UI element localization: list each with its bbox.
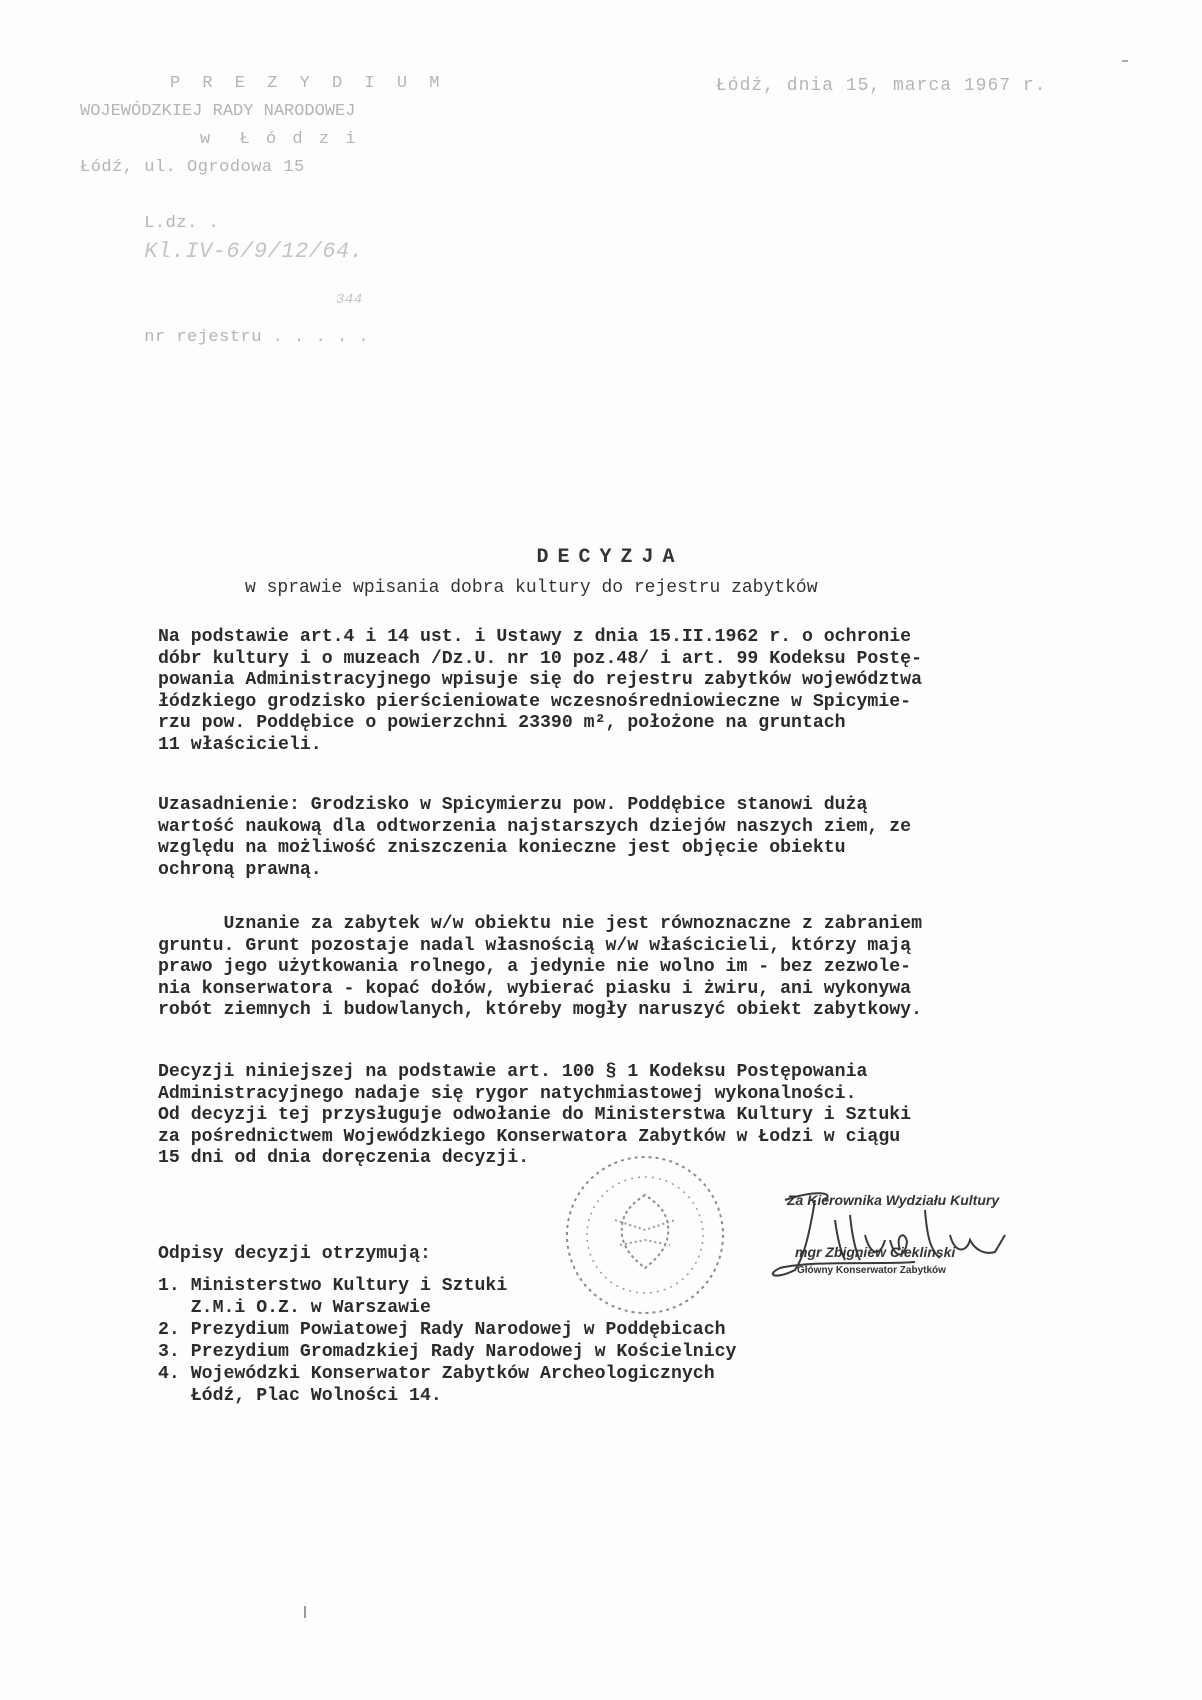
text-line: robót ziemnych i budowlanych, któreby mo…: [158, 1000, 922, 1022]
text-line: prawo jego użytkowania rolnego, a jedyni…: [158, 957, 922, 979]
signatory-title: Główny Konserwator Zabytków: [797, 1265, 946, 1276]
text-line: 11 właścicieli.: [158, 735, 922, 757]
list-item: Z.M.i O.Z. w Warszawie: [158, 1297, 736, 1319]
text-line: Uzasadnienie: Grodzisko w Spicymierzu po…: [158, 795, 911, 817]
list-item: 4. Wojewódzki Konserwator Zabytków Arche…: [158, 1363, 736, 1385]
text-line: Na podstawie art.4 i 14 ust. i Ustawy z …: [158, 627, 922, 649]
list-item: 1. Ministerstwo Kultury i Sztuki: [158, 1275, 736, 1297]
land-use-paragraph: Uznanie za zabytek w/w obiektu nie jest …: [158, 914, 922, 1022]
signatory-name: mgr Zbigniew Cieklinski: [795, 1244, 955, 1260]
text-line: powania Administracyjnego wpisuje się do…: [158, 670, 922, 692]
scan-speck: [304, 1606, 306, 1618]
document-page: P R E Z Y D I U M WOJEWÓDZKIEJ RADY NARO…: [0, 0, 1202, 1700]
copies-heading: Odpisy decyzji otrzymują:: [158, 1243, 736, 1265]
text-line: 15 dni od dnia doręczenia decyzji.: [158, 1148, 911, 1170]
text-line: gruntu. Grunt pozostaje nadal własnością…: [158, 936, 922, 958]
scan-speck: [1122, 60, 1128, 62]
issuer-line-4: Łódź, ul. Ogrodowa 15: [80, 154, 445, 182]
reference-number-row: L.dz. . Kl.IV-6/9/12/64.: [80, 182, 445, 296]
register-number-row: nr rejestru . . . . . 344: [80, 296, 445, 408]
list-item: 3. Prezydium Gromadzkiej Rady Narodowej …: [158, 1341, 736, 1363]
issuer-line-1: P R E Z Y D I U M: [80, 70, 445, 98]
copies-distribution-list: Odpisy decyzji otrzymują: 1. Ministerstw…: [158, 1243, 736, 1407]
text-line: łódzkiego grodzisko pierścieniowate wcze…: [158, 692, 922, 714]
text-line: Decyzji niniejszej na podstawie art. 100…: [158, 1062, 911, 1084]
issuer-line-3: w Ł ó d z i: [80, 126, 445, 154]
reference-label: L.dz. .: [144, 214, 219, 233]
text-line: ochroną prawną.: [158, 860, 911, 882]
text-line: względu na możliwość zniszczenia koniecz…: [158, 838, 911, 860]
text-line: dóbr kultury i o muzeach /Dz.U. nr 10 po…: [158, 649, 922, 671]
document-title: DECYZJA: [0, 546, 1202, 569]
text-line: wartość naukową dla odtworzenia najstars…: [158, 817, 911, 839]
list-item: Łódź, Plac Wolności 14.: [158, 1385, 736, 1407]
signatory-role: Za Kierownika Wydziału Kultury: [787, 1192, 999, 1208]
text-line: Administracyjnego nadaje się rygor natyc…: [158, 1084, 911, 1106]
text-line: nia konserwatora - kopać dołów, wybierać…: [158, 979, 922, 1001]
text-line: Uznanie za zabytek w/w obiektu nie jest …: [158, 914, 922, 936]
list-item: 2. Prezydium Powiatowej Rady Narodowej w…: [158, 1319, 736, 1341]
document-subtitle: w sprawie wpisania dobra kultury do reje…: [245, 578, 818, 598]
reference-value: Kl.IV-6/9/12/64.: [144, 239, 363, 264]
text-line: Od decyzji tej przysługuje odwołanie do …: [158, 1105, 911, 1127]
justification-paragraph: Uzasadnienie: Grodzisko w Spicymierzu po…: [158, 795, 911, 881]
document-date: Łódź, dnia 15, marca 1967 r.: [716, 76, 1046, 96]
legal-basis-paragraph: Na podstawie art.4 i 14 ust. i Ustawy z …: [158, 627, 922, 757]
text-line: za pośrednictwem Wojewódzkiego Konserwat…: [158, 1127, 911, 1149]
enforcement-appeal-paragraph: Decyzji niniejszej na podstawie art. 100…: [158, 1062, 911, 1170]
issuer-line-2: WOJEWÓDZKIEJ RADY NARODOWEJ: [80, 98, 445, 126]
text-line: rzu pow. Poddębice o powierzchni 23390 m…: [158, 713, 922, 735]
register-value: 344: [336, 286, 363, 314]
issuer-header: P R E Z Y D I U M WOJEWÓDZKIEJ RADY NARO…: [80, 70, 445, 408]
register-label: nr rejestru . . . . .: [144, 328, 369, 347]
